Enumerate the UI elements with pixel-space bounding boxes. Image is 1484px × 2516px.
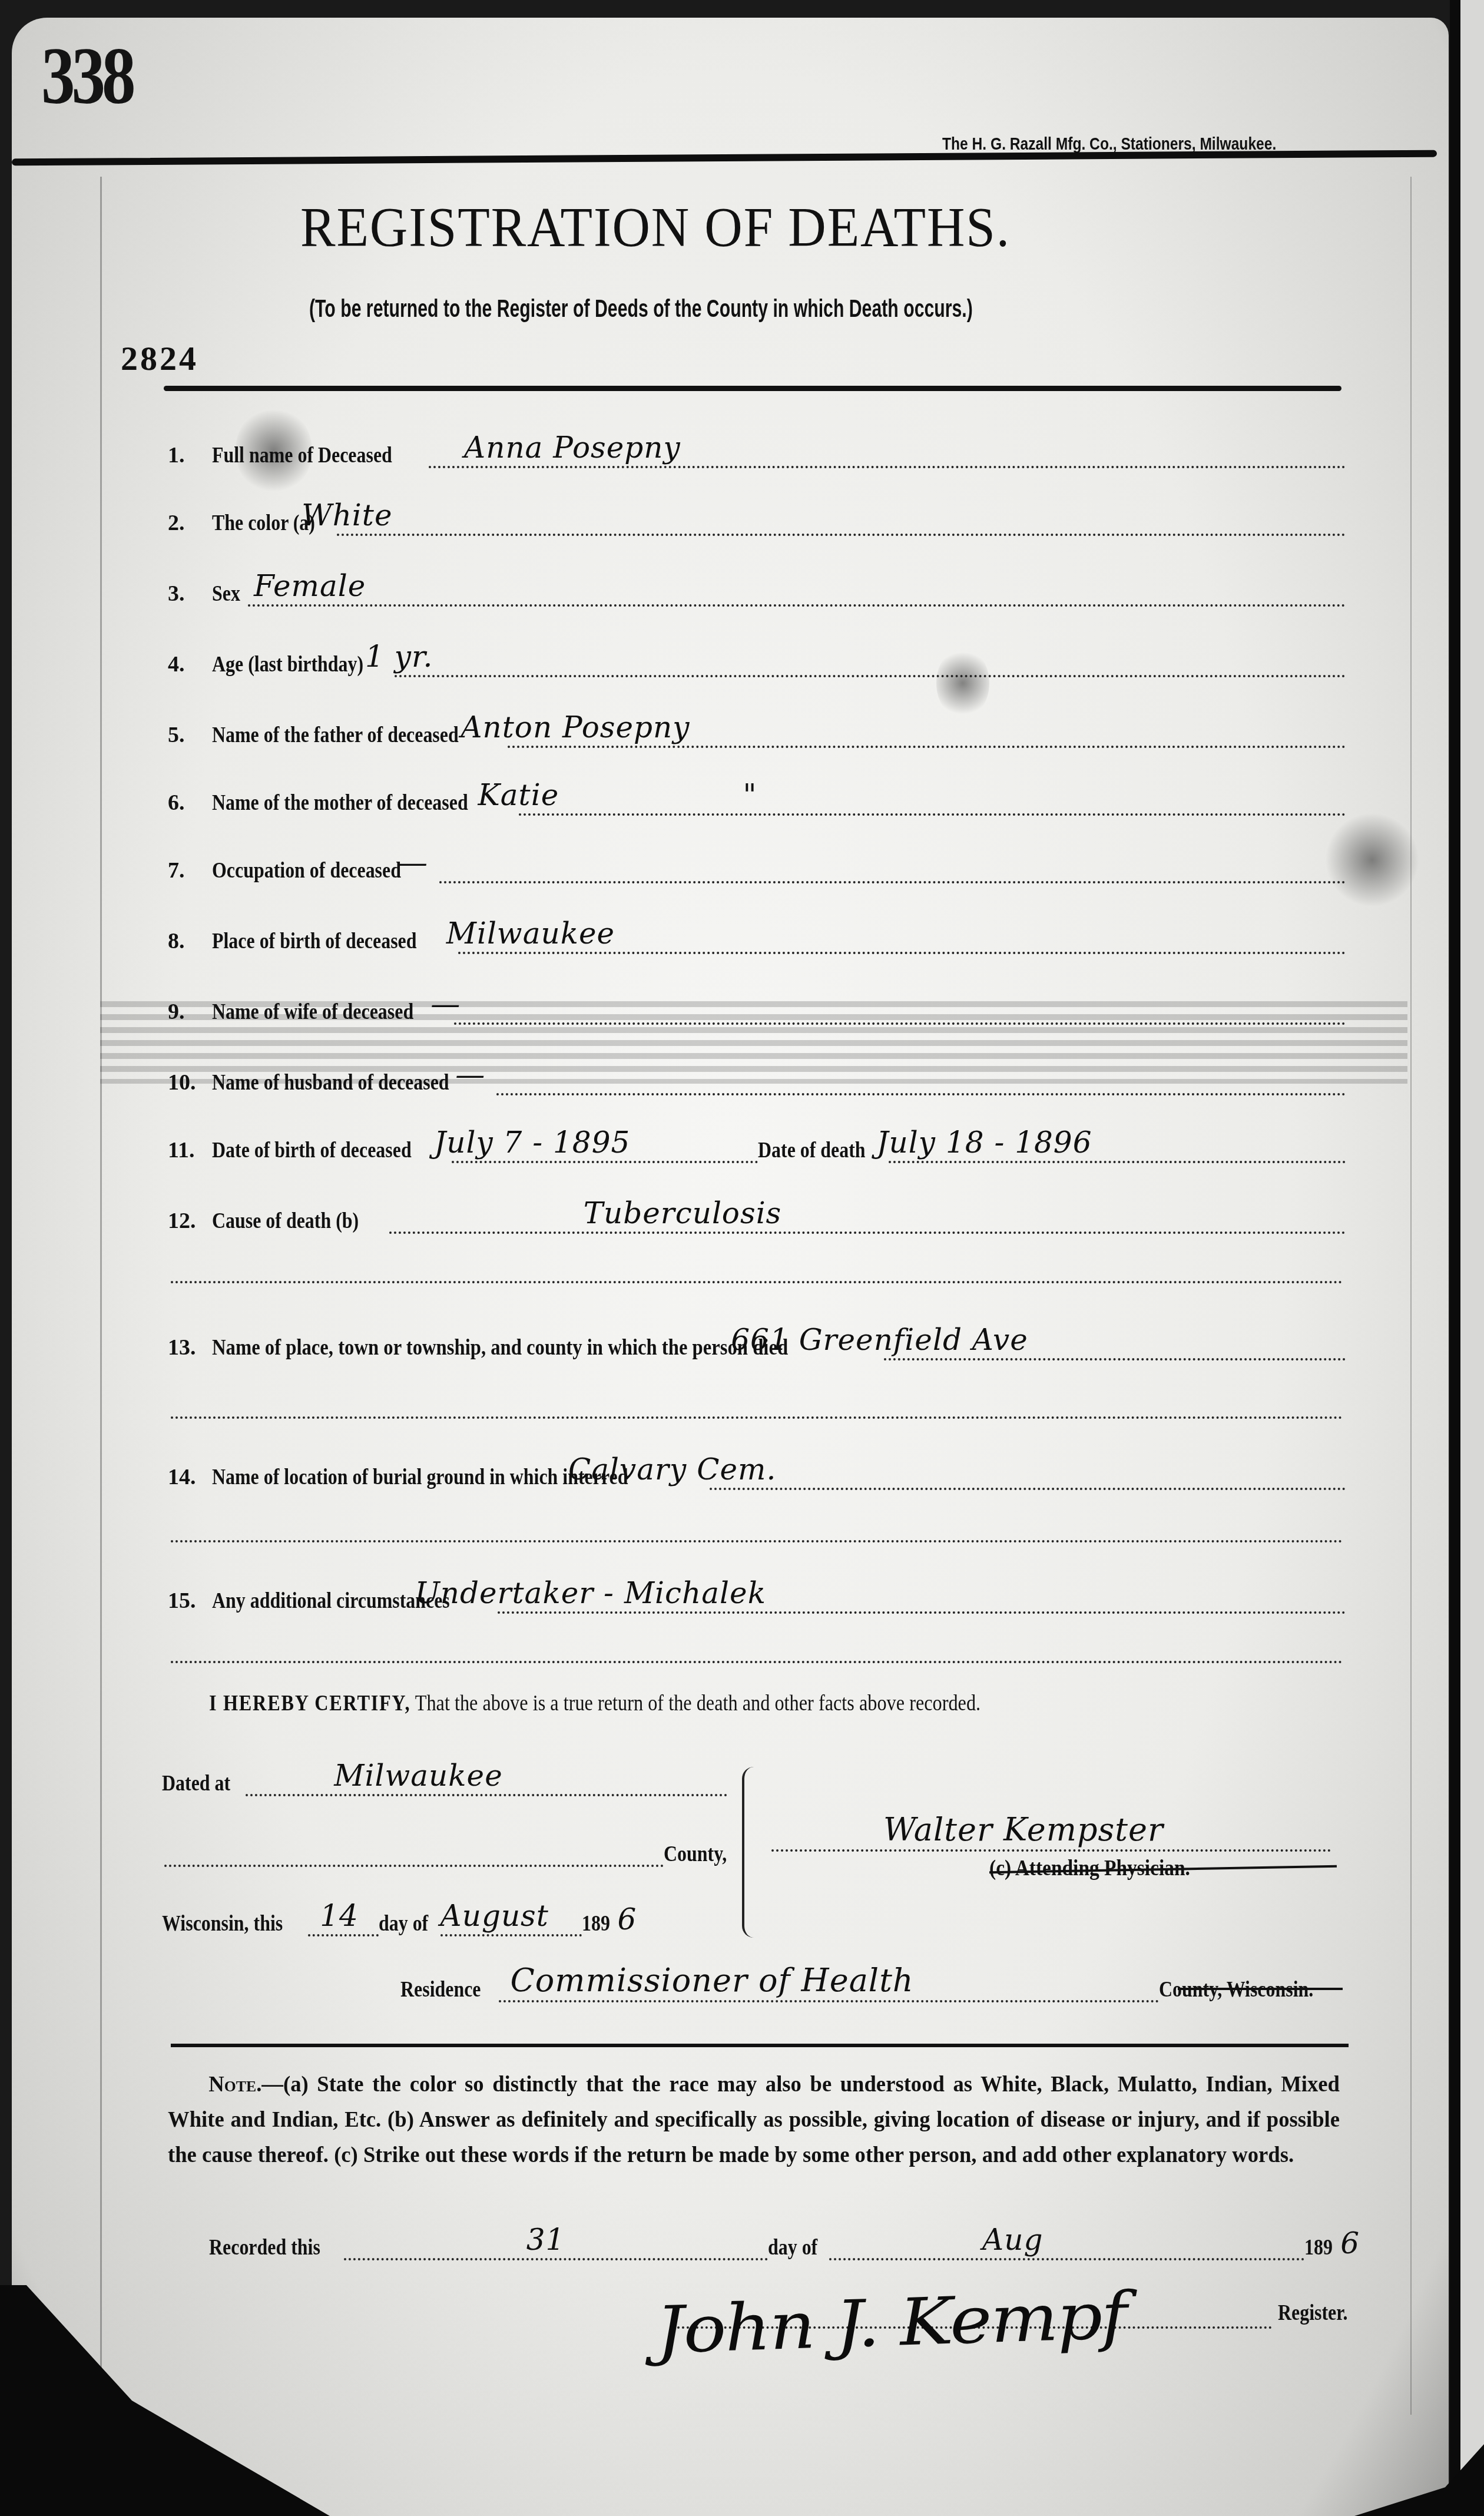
wife-value: —: [430, 987, 461, 1021]
field-place-of-death: 13. Name of place, town or township, and…: [168, 1325, 1346, 1360]
note-text: —(a) State the color so distinctly that …: [168, 2073, 1340, 2167]
field-number: 5.: [168, 722, 212, 748]
field-dates: 11. Date of birth of deceased July 7 - 1…: [168, 1128, 1346, 1163]
year-suffix: 6: [618, 1902, 637, 1936]
age-entry[interactable]: 1 yr.: [395, 648, 1346, 677]
color-entry[interactable]: White: [337, 506, 1346, 536]
field-number: 2.: [168, 510, 212, 536]
field-label: Name of husband of deceased: [212, 1070, 449, 1095]
birth-date-entry[interactable]: July 7 - 1895: [452, 1134, 758, 1163]
field-label: Date of birth of deceased: [212, 1137, 412, 1163]
physician-signature: Walter Kempster: [883, 1811, 1164, 1848]
field-label: Occupation of deceased: [212, 858, 401, 883]
sex-value: Female: [254, 569, 366, 603]
adjacent-page-edge: [1460, 0, 1484, 2516]
field-label: The color (a): [212, 510, 315, 536]
field-number: 12.: [168, 1208, 212, 1234]
place-of-death-entry[interactable]: 661 Greenfield Ave: [884, 1331, 1346, 1360]
field-number: 14.: [168, 1464, 212, 1490]
county-entry[interactable]: [164, 1838, 664, 1867]
cause-continuation-line: [171, 1281, 1343, 1283]
field-sex: 3. Sex Female: [168, 571, 1346, 607]
register-signature: John J. Kempf: [654, 2277, 1127, 2368]
field-label: Age (last birthday): [212, 651, 363, 677]
field-label: Name of the mother of deceased: [212, 790, 468, 816]
field-number: 6.: [168, 790, 212, 816]
recorded-day-entry[interactable]: 31: [344, 2231, 768, 2260]
wife-entry[interactable]: —: [454, 995, 1346, 1025]
field-number: 10.: [168, 1070, 212, 1095]
dated-at-value: Milwaukee: [334, 1759, 502, 1793]
day-value: 14: [320, 1899, 359, 1933]
place-continuation-line: [171, 1416, 1343, 1419]
color-value: White: [302, 498, 392, 532]
certify-lead: I HEREBY CERTIFY,: [209, 1691, 410, 1716]
dated-at-entry[interactable]: Milwaukee: [246, 1767, 727, 1796]
certify-text: That the above is a true return of the d…: [415, 1691, 981, 1716]
page-number: 338: [41, 29, 132, 123]
sex-entry[interactable]: Female: [248, 577, 1346, 607]
place-of-death-value: 661 Greenfield Ave: [731, 1323, 1028, 1357]
circumstances-continuation-line: [171, 1661, 1343, 1663]
field-label: Any additional circumstances: [212, 1588, 450, 1614]
field-label: Name of place, town or township, and cou…: [212, 1335, 788, 1360]
burial-continuation-line: [171, 1540, 1343, 1542]
field-number: 3.: [168, 581, 212, 607]
field-birthplace: 8. Place of birth of deceased Milwaukee: [168, 919, 1346, 954]
physician-signature-line[interactable]: Walter Kempster: [771, 1814, 1331, 1852]
recorded-day-of-label: day of: [768, 2234, 817, 2260]
day-entry[interactable]: 14: [308, 1907, 379, 1936]
subtitle-rule: [164, 386, 1341, 391]
recorded-year-suffix: 6: [1340, 2226, 1360, 2260]
field-number: 8.: [168, 928, 212, 954]
field-burial: 14. Name of location of burial ground in…: [168, 1455, 1346, 1490]
field-label: Full name of Deceased: [212, 442, 392, 468]
certification-statement: I HEREBY CERTIFY, That the above is a tr…: [209, 1690, 980, 1716]
father-entry[interactable]: Anton Posepny: [508, 719, 1346, 748]
mother-entry[interactable]: Katie ": [519, 786, 1346, 816]
occupation-value: —: [398, 846, 428, 880]
strike-through-line: [1178, 1988, 1343, 1990]
residence-label: Residence: [400, 1977, 481, 2002]
signature-bracket: [742, 1767, 756, 1938]
recorded-row: Recorded this 31 day of Aug 189 6: [209, 2226, 1357, 2260]
form-subtitle: (To be returned to the Register of Deeds…: [309, 294, 973, 323]
father-value: Anton Posepny: [461, 710, 690, 744]
date-signed-row: Wisconsin, this 14 day of August 189 6: [162, 1902, 745, 1936]
age-value: 1 yr.: [365, 640, 433, 674]
field-number: 7.: [168, 858, 212, 883]
wisconsin-this-label: Wisconsin, this: [162, 1911, 283, 1936]
form-title: REGISTRATION OF DEATHS.: [300, 194, 1011, 260]
death-date-entry[interactable]: July 18 - 1896: [889, 1134, 1346, 1163]
day-of-label: day of: [379, 1911, 428, 1936]
field-mother: 6. Name of the mother of deceased Katie …: [168, 780, 1346, 816]
field-circumstances: 15. Any additional circumstances Underta…: [168, 1578, 1346, 1614]
field-father: 5. Name of the father of deceased Anton …: [168, 713, 1346, 748]
binding-edge: [1450, 0, 1460, 2516]
field-label: Sex: [212, 581, 240, 607]
section-rule: [171, 2044, 1349, 2047]
register-number: 2824: [121, 339, 198, 378]
cause-entry[interactable]: Tuberculosis: [389, 1204, 1346, 1234]
field-occupation: 7. Occupation of deceased —: [168, 848, 1346, 883]
recorded-this-label: Recorded this: [209, 2234, 320, 2260]
field-label: Cause of death (b): [212, 1208, 359, 1234]
residence-value: Commissioner of Health: [511, 1962, 914, 1999]
field-label: Name of location of burial ground in whi…: [212, 1464, 628, 1490]
burial-value: Calvary Cem.: [568, 1452, 776, 1487]
occupation-entry[interactable]: —: [439, 854, 1346, 883]
month-value: August: [440, 1899, 549, 1933]
field-label: Name of the father of deceased: [212, 722, 459, 748]
husband-value: —: [455, 1058, 485, 1092]
full-name-entry[interactable]: Anna Posepny: [429, 439, 1346, 468]
birthplace-value: Milwaukee: [446, 916, 615, 951]
residence-entry[interactable]: Commissioner of Health: [499, 1973, 1159, 2002]
full-name-value: Anna Posepny: [464, 431, 681, 465]
field-age: 4. Age (last birthday) 1 yr.: [168, 642, 1346, 677]
month-entry[interactable]: August: [440, 1907, 582, 1936]
field-number: 15.: [168, 1588, 212, 1614]
recorded-day-value: 31: [526, 2223, 565, 2257]
field-number: 1.: [168, 442, 212, 468]
circumstances-entry[interactable]: Undertaker - Michalek: [498, 1584, 1346, 1614]
field-wife: 9. Name of wife of deceased —: [168, 989, 1346, 1025]
burial-entry[interactable]: Calvary Cem.: [710, 1461, 1346, 1490]
mother-value: Katie: [478, 778, 559, 812]
death-date-label: Date of death: [758, 1137, 866, 1163]
field-husband: 10. Name of husband of deceased —: [168, 1060, 1346, 1095]
footnote: Note.—(a) State the color so distinctly …: [168, 2067, 1340, 2173]
circumstances-value: Undertaker - Michalek: [415, 1576, 766, 1610]
death-date-value: July 18 - 1896: [877, 1125, 1092, 1160]
field-number: 11.: [168, 1137, 212, 1163]
cause-value: Tuberculosis: [584, 1196, 782, 1230]
field-number: 4.: [168, 651, 212, 677]
right-margin-rule: [1410, 177, 1412, 2415]
recorded-month-entry[interactable]: Aug: [829, 2231, 1304, 2260]
field-cause: 12. Cause of death (b) Tuberculosis: [168, 1199, 1346, 1234]
county-label: County,: [664, 1841, 727, 1867]
recorded-month-value: Aug: [982, 2223, 1043, 2257]
recorded-year-prefix: 189: [1304, 2234, 1333, 2260]
husband-entry[interactable]: —: [496, 1066, 1346, 1095]
field-full-name: 1. Full name of Deceased Anna Posepny: [168, 433, 1346, 468]
field-number: 13.: [168, 1335, 212, 1360]
note-heading: Note.: [168, 2073, 261, 2097]
field-label: Place of birth of deceased: [212, 928, 416, 954]
dated-at-label: Dated at: [162, 1770, 230, 1796]
ditto-mark: ": [743, 778, 757, 812]
left-margin-rule: [100, 177, 102, 2415]
register-label: Register.: [1278, 2300, 1347, 2326]
field-number: 9.: [168, 999, 212, 1025]
county-row: County,: [162, 1838, 739, 1867]
birth-date-value: July 7 - 1895: [434, 1125, 630, 1160]
year-prefix: 189: [582, 1911, 610, 1936]
dated-at-row: Dated at Milwaukee: [162, 1767, 727, 1796]
field-color: 2. The color (a) White: [168, 501, 1346, 536]
field-label: Name of wife of deceased: [212, 999, 413, 1025]
birthplace-entry[interactable]: Milwaukee: [458, 925, 1346, 954]
